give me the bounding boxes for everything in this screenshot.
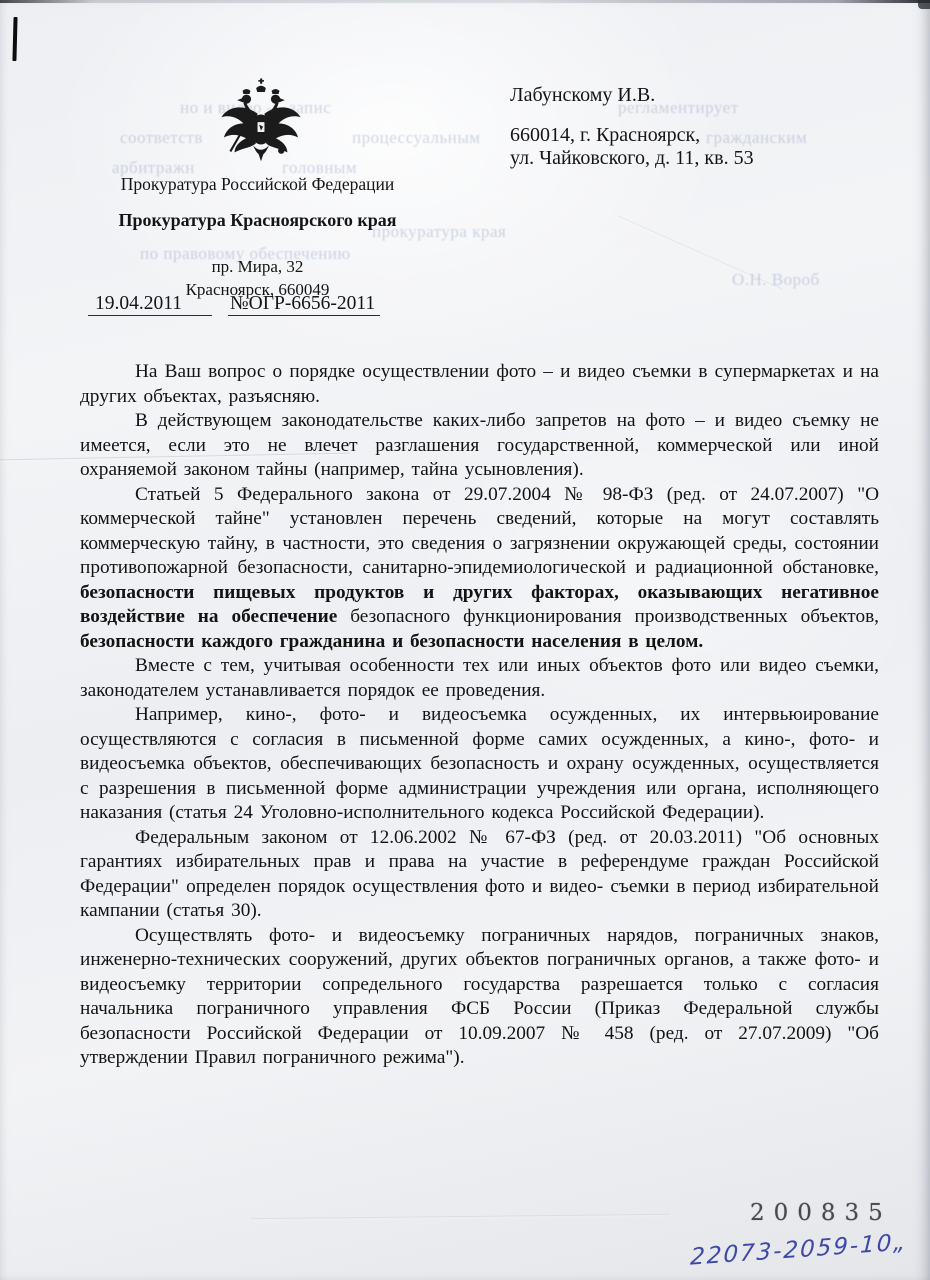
org-parent-name: Прокуратура Российской Федерации bbox=[85, 174, 430, 195]
numbering-stamp: 200835 bbox=[750, 1200, 892, 1226]
org-name: Прокуратура Красноярского края bbox=[85, 210, 430, 231]
handwritten-note: 22073-2059-10„ bbox=[690, 1229, 908, 1270]
scan-top-edge bbox=[0, 0, 930, 3]
body-paragraph: В действующем законодательстве каких-либ… bbox=[80, 409, 879, 483]
addressee-address-line2: ул. Чайковского, д. 11, кв. 53 bbox=[510, 147, 754, 170]
org-address-line1: пр. Мира, 32 bbox=[85, 255, 430, 278]
bleed-through-text: соответств bbox=[120, 128, 203, 148]
addressee-name: Лабунскому И.В. bbox=[510, 84, 754, 107]
addressee-address-line1: 660014, г. Красноярск, bbox=[510, 124, 754, 147]
letter-body: На Ваш вопрос о порядке осуществлении фо… bbox=[80, 360, 879, 1071]
bleed-through-text: процессуальным bbox=[352, 128, 481, 148]
body-paragraph: На Ваш вопрос о порядке осуществлении фо… bbox=[80, 360, 879, 409]
scan-corner-smudge bbox=[918, 0, 930, 9]
body-paragraph: Статьей 5 Федерального закона от 29.07.2… bbox=[80, 483, 879, 655]
body-paragraph: Например, кино-, фото- и видеосъемка осу… bbox=[80, 703, 879, 826]
body-paragraph: Вместе с тем, учитывая особенности тех и… bbox=[80, 654, 879, 703]
addressee-block: Лабунскому И.В. 660014, г. Красноярск, у… bbox=[510, 84, 754, 170]
reference-line: 19.04.2011№ОГР-6656-2011 bbox=[88, 293, 380, 315]
paper-crease bbox=[250, 1214, 670, 1219]
staple-mark bbox=[12, 17, 17, 61]
paper-crease bbox=[618, 215, 783, 289]
russia-coat-of-arms-icon bbox=[217, 78, 305, 179]
body-paragraph: Осуществлять фото- и видеосъемку пограни… bbox=[80, 924, 879, 1071]
scanned-letter-page: но и видео — записрегламентируетсоответс… bbox=[0, 0, 930, 1280]
letter-date: 19.04.2011 bbox=[88, 293, 212, 316]
letterhead-org-block: Прокуратура Российской Федерации Прокура… bbox=[85, 174, 430, 301]
body-paragraph: Федеральным законом от 12.06.2002 № 67-Ф… bbox=[80, 826, 879, 924]
letter-ref-number: №ОГР-6656-2011 bbox=[228, 293, 380, 316]
